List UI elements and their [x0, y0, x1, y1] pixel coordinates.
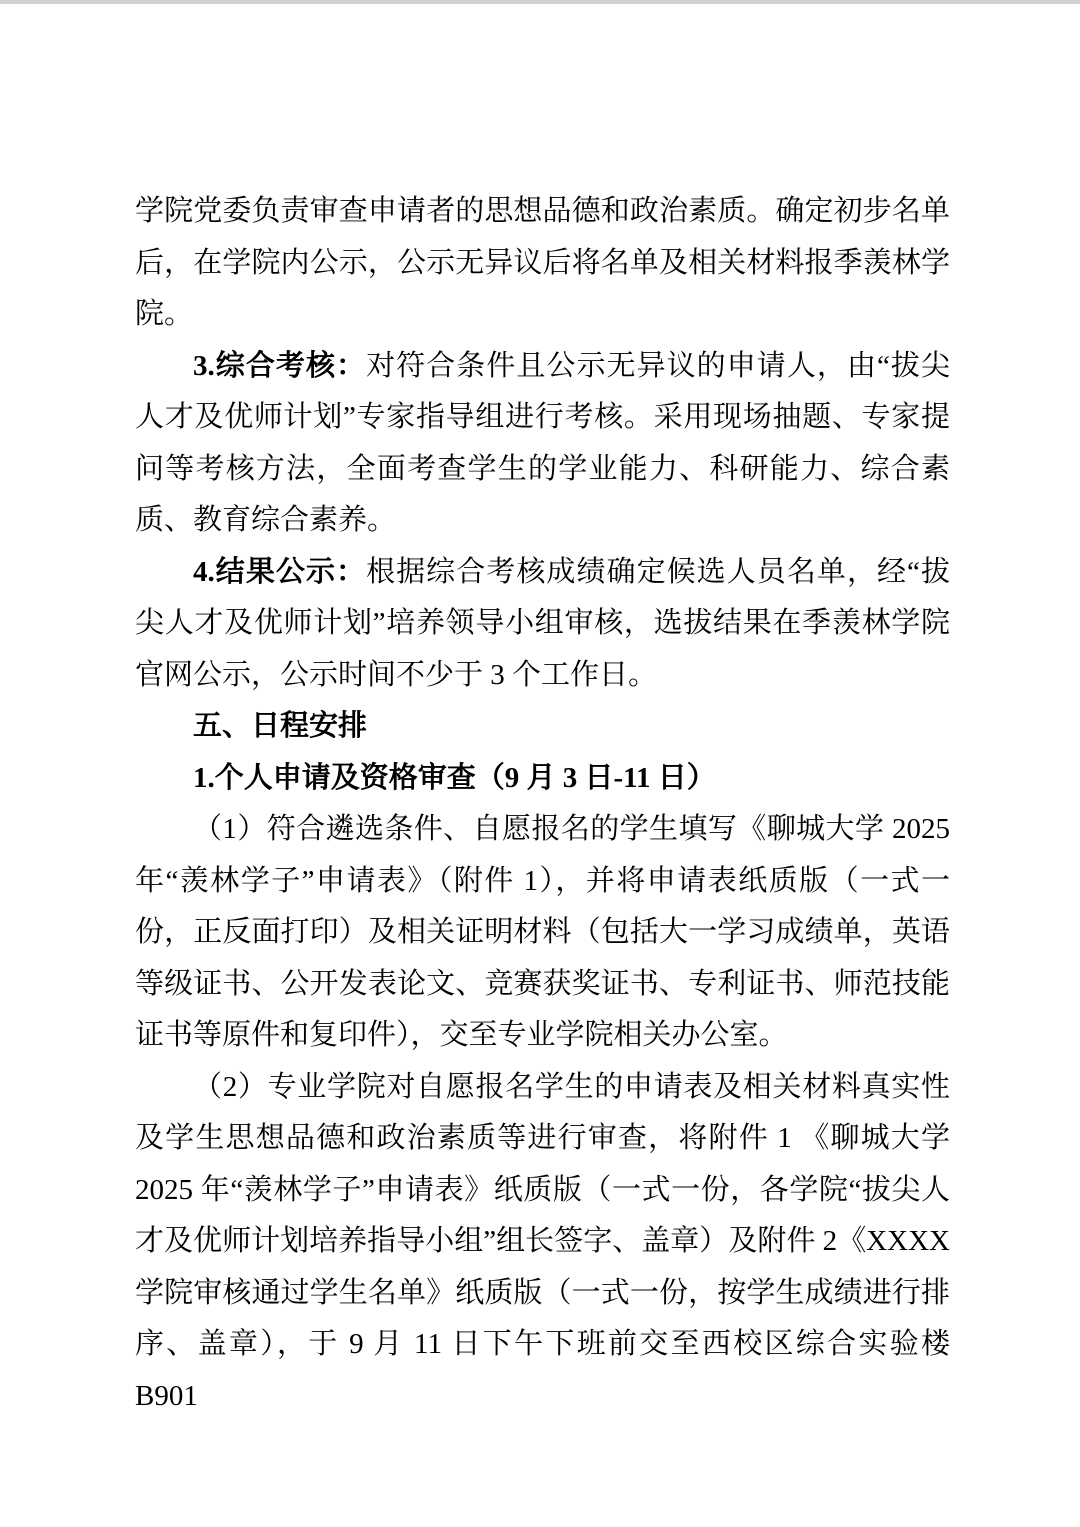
paragraph-result-publicity: 4.结果公示：根据综合考核成绩确定候选人员名单，经“拔尖人才及优师计划”培养领导… [135, 547, 950, 702]
text-run: （1）符合遴选条件、自愿报名的学生填写《聊城大学 2025 年“羡林学子”申请表… [135, 813, 950, 1051]
paragraph-committee-review: 学院党委负责审查申请者的思想品德和政治素质。确定初步名单后，在学院内公示，公示无… [135, 186, 950, 341]
subsection-heading-application-review: 1.个人申请及资格审查（9 月 3 日-11 日） [135, 753, 950, 805]
text-run-lead-bold: 3.综合考核： [193, 350, 366, 382]
paragraph-comprehensive-assessment: 3.综合考核：对符合条件且公示无异议的申请人，由“拔尖人才及优师计划”专家指导组… [135, 341, 950, 547]
paragraph-application-step-2: （2）专业学院对自愿报名学生的申请表及相关材料真实性及学生思想品德和政治素质等进… [135, 1062, 950, 1423]
heading-text: 1.个人申请及资格审查（9 月 3 日-11 日） [193, 762, 716, 794]
text-run: 学院党委负责审查申请者的思想品德和政治素质。确定初步名单后，在学院内公示，公示无… [135, 195, 950, 330]
text-run-lead-bold: 4.结果公示： [193, 556, 366, 588]
page-top-edge [0, 0, 1080, 4]
document-body: 学院党委负责审查申请者的思想品德和政治素质。确定初步名单后，在学院内公示，公示无… [135, 186, 950, 1422]
text-run: （2）专业学院对自愿报名学生的申请表及相关材料真实性及学生思想品德和政治素质等进… [135, 1071, 950, 1412]
document-page: 学院党委负责审查申请者的思想品德和政治素质。确定初步名单后，在学院内公示，公示无… [0, 0, 1080, 1527]
heading-text: 五、日程安排 [193, 710, 367, 742]
section-heading-schedule: 五、日程安排 [135, 701, 950, 753]
paragraph-application-step-1: （1）符合遴选条件、自愿报名的学生填写《聊城大学 2025 年“羡林学子”申请表… [135, 804, 950, 1062]
